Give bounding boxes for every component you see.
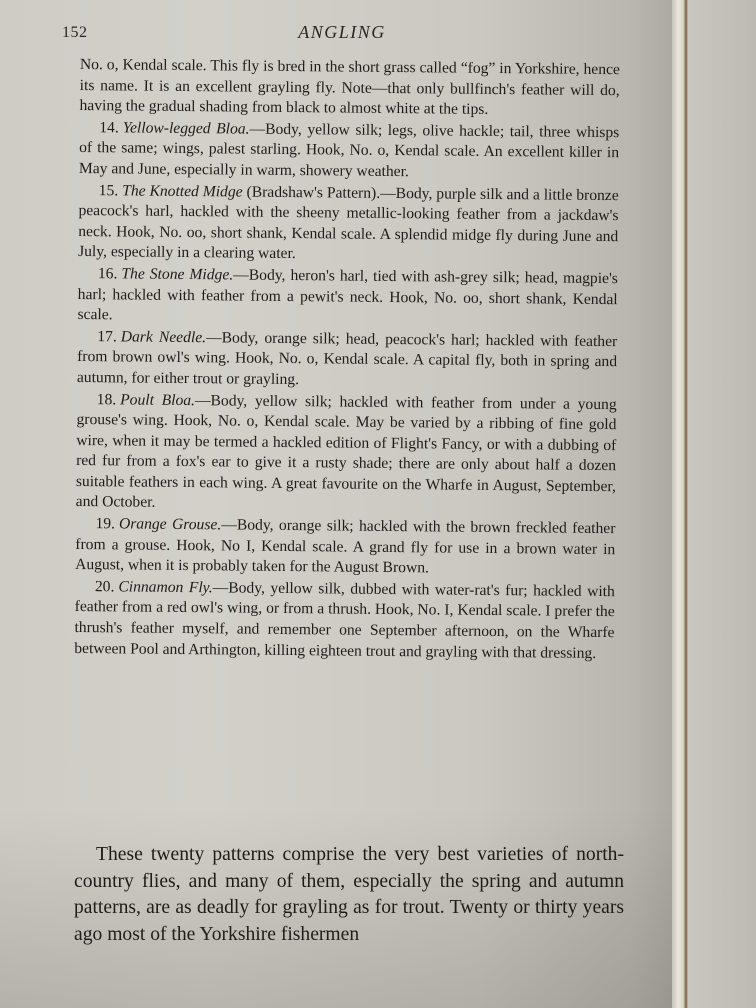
entry-number: 18.: [97, 391, 117, 408]
entry-16: 16.The Stone Midge.—Body, heron's harl, …: [77, 264, 618, 331]
closing-paragraph: These twenty patterns comprise the very …: [74, 842, 624, 948]
book-page: 152 ANGLING No. o, Kendal scale. This fl…: [0, 0, 686, 1008]
entry-number: 19.: [95, 515, 115, 532]
page-edge-line: [685, 0, 687, 1008]
fly-name: The Knotted Midge: [122, 182, 243, 200]
fly-name: Poult Bloa.: [120, 391, 195, 409]
entry-number: 16.: [98, 265, 118, 282]
entry-number: 15.: [99, 182, 119, 199]
entry-15: 15.The Knotted Midge (Bradshaw's Pattern…: [78, 181, 619, 269]
entry-17: 17.Dark Needle.—Body, orange silk; head,…: [77, 327, 618, 394]
fly-name: Orange Grouse.: [119, 515, 221, 533]
entry-number: 20.: [95, 578, 115, 595]
page-header: 152 ANGLING: [62, 22, 622, 46]
closing-section: These twenty patterns comprise the very …: [74, 842, 624, 948]
entry-14: 14.Yellow-legged Bloa.—Body, yellow silk…: [79, 118, 620, 185]
fly-name: The Stone Midge.: [121, 265, 233, 283]
fly-name: Dark Needle.: [121, 328, 206, 346]
entry-number: 14.: [99, 119, 119, 136]
entry-text: —Body, yellow silk; hackled with feather…: [76, 392, 617, 512]
entry-number: 17.: [97, 328, 117, 345]
entry-18: 18.Poult Bloa.—Body, yellow silk; hackle…: [76, 389, 617, 518]
fly-pattern-list: No. o, Kendal scale. This fly is bred in…: [74, 55, 620, 664]
entry-19: 19.Orange Grouse.—Body, orange silk; hac…: [75, 514, 616, 581]
running-title: ANGLING: [62, 22, 622, 43]
facing-page: [688, 0, 756, 1008]
entry-20: 20.Cinnamon Fly.—Body, yellow silk, dubb…: [74, 577, 615, 665]
fly-name: Cinnamon Fly.: [118, 578, 212, 596]
fly-name: Yellow-legged Bloa.: [123, 119, 250, 137]
continuation-paragraph: No. o, Kendal scale. This fly is bred in…: [79, 55, 620, 122]
